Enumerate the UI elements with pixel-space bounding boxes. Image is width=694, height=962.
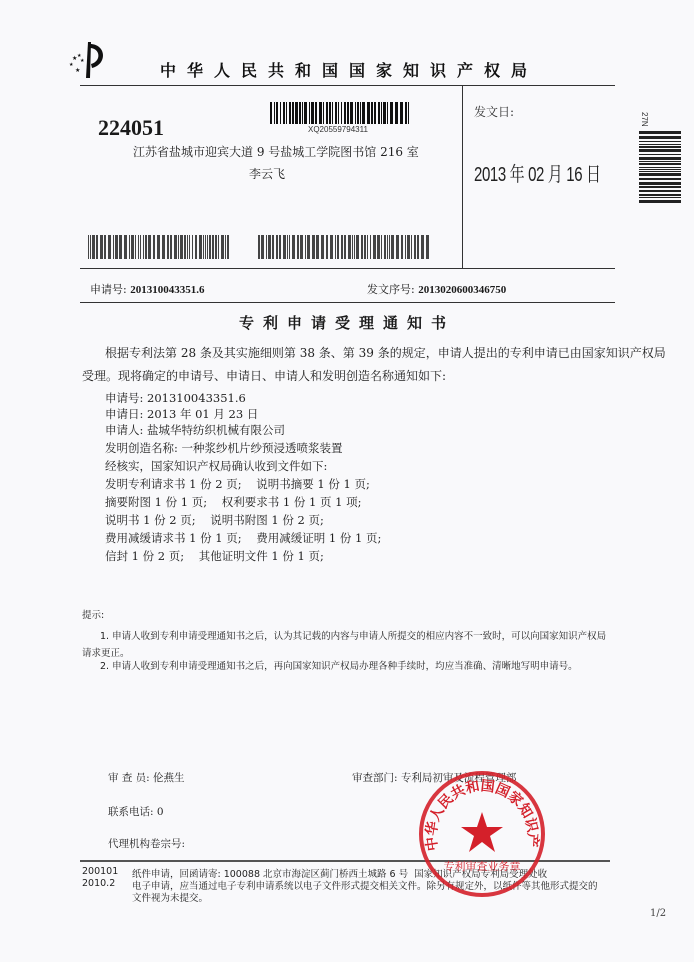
agency-file-number: 代理机构卷宗号: — [108, 836, 185, 851]
application-number: 申请号: 201310043351.6 — [90, 281, 204, 297]
examiner: 审 查 员: 伦燕生 — [108, 770, 185, 785]
ids-top-divider — [80, 268, 615, 269]
recipient-name: 李云飞 — [249, 165, 285, 182]
file-list-item: 说明书 1 份 2 页; 说明书附图 1 份 2 页; — [105, 512, 324, 528]
application-number-label: 申请号: — [90, 283, 127, 296]
barcode-number: XQ20559794311 — [308, 125, 368, 134]
footer-code-2: 2010.2 — [82, 878, 115, 889]
org-name: 中华人民共和国国家知识产权局 — [160, 58, 538, 81]
document-title: 专利申请受理通知书 — [0, 312, 694, 333]
side-code: 27N — [640, 112, 649, 127]
serial-number-value: 2013020600346750 — [418, 284, 506, 296]
intro-line-1: 根据专利法第 28 条及其实施细则第 38 条、第 39 条的规定，申请人提出的… — [105, 345, 666, 361]
application-number-value: 201310043351.6 — [130, 284, 204, 296]
postcode: 224051 — [98, 115, 164, 141]
ids-bottom-divider — [80, 302, 615, 303]
svg-text:专利审查业务章: 专利审查业务章 — [444, 859, 521, 873]
hint-1-line-2: 请求更正。 — [82, 645, 130, 659]
hint-2: 2. 申请人收到专利申请受理通知书之后，再向国家知识产权局办理各种手续时，均应当… — [100, 658, 578, 672]
issue-date: 2013 年 02 月 16 日 — [474, 158, 601, 187]
field-invention-name: 发明创造名称: 一种浆纱机片纱预浸透喷浆装置 — [105, 440, 343, 456]
hints-title: 提示: — [82, 607, 104, 621]
header-divider — [80, 85, 615, 86]
application-barcode — [88, 235, 230, 259]
mail-barcode — [270, 102, 410, 124]
field-application-number: 申请号: 201310043351.6 — [105, 390, 246, 406]
svg-text:★: ★ — [69, 62, 74, 68]
field-applicant: 申请人: 盐城华特纺织机械有限公司 — [105, 422, 285, 438]
cnipa-logo-icon: ★ ★ ★ ★ ★ — [68, 38, 108, 80]
file-list-item: 信封 1 份 2 页; 其他证明文件 1 份 1 页; — [105, 548, 324, 564]
hint-1-line-1: 1. 申请人收到专利申请受理通知书之后，认为其记载的内容与申请人所提交的相应内容… — [100, 628, 606, 642]
official-seal-icon: 中华人民共和国国家知识产权局 专利审查业务章 — [418, 770, 546, 898]
recipient-address: 江苏省盐城市迎宾大道 9 号盐城工学院图书馆 216 室 — [133, 143, 419, 160]
page-number: 1/2 — [650, 908, 666, 919]
vertical-divider — [462, 85, 463, 268]
file-list-item: 发明专利请求书 1 份 2 页; 说明书摘要 1 份 1 页; — [105, 476, 370, 492]
serial-barcode — [258, 235, 430, 259]
file-list-item: 费用减缓请求书 1 份 1 页; 费用减缓证明 1 份 1 页; — [105, 530, 381, 546]
svg-text:★: ★ — [75, 67, 80, 74]
serial-number: 发文序号: 2013020600346750 — [367, 281, 506, 297]
file-list-item: 摘要附图 1 份 1 页; 权利要求书 1 份 1 页 1 项; — [105, 494, 362, 510]
intro-line-2: 受理。现将确定的申请号、申请日、申请人和发明创造名称通知如下: — [82, 368, 446, 384]
serial-number-label: 发文序号: — [367, 283, 415, 296]
field-application-date: 申请日: 2013 年 01 月 23 日 — [105, 406, 258, 422]
field-verified: 经核实，国家知识产权局确认收到文件如下: — [105, 458, 327, 474]
side-barcode — [639, 131, 681, 203]
issue-date-label: 发文日: — [474, 103, 514, 120]
contact-phone: 联系电话: 0 — [108, 804, 164, 819]
footer-line-3: 文件视为未提交。 — [132, 890, 208, 904]
svg-text:★: ★ — [80, 58, 85, 64]
footer-code-1: 200101 — [82, 866, 118, 877]
